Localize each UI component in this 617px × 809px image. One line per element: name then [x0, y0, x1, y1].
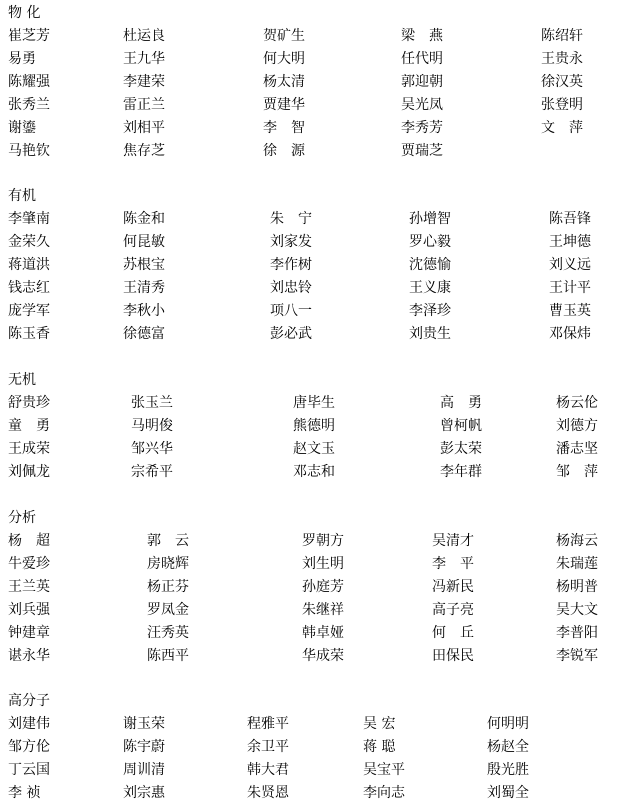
name-cell: 王成荣: [8, 440, 50, 458]
name-cell: 邹 萍: [556, 463, 598, 481]
name-cell: 谌永华: [8, 647, 50, 665]
name-cell: 钟建章: [8, 624, 50, 642]
name-row: 童 勇 马明俊 熊德明 曾柯帆 刘德方: [0, 417, 617, 435]
name-cell: 冯新民: [432, 578, 474, 596]
name-cell: 吴光凤: [401, 96, 443, 114]
section-title: 分析: [8, 509, 36, 527]
name-cell: 汪秀英: [147, 624, 189, 642]
name-cell: 庞学军: [8, 302, 50, 320]
name-cell: 程雅平: [247, 715, 289, 733]
name-cell: 李锐军: [556, 647, 598, 665]
name-cell: 刘忠铃: [270, 279, 312, 297]
name-cell: 宗希平: [131, 463, 173, 481]
name-cell: 曾柯帆: [440, 417, 482, 435]
name-cell: 杨海云: [556, 532, 598, 550]
name-row: 舒贵珍 张玉兰 唐毕生 高 勇 杨云伦: [0, 394, 617, 412]
section-title: 物 化: [8, 4, 40, 22]
name-cell: 陈宇蔚: [123, 738, 165, 756]
name-cell: 钱志红: [8, 279, 50, 297]
name-cell: 高 勇: [440, 394, 482, 412]
name-cell: 徐德富: [123, 325, 165, 343]
name-cell: 吴 宏: [363, 715, 395, 733]
name-cell: 杨赵全: [487, 738, 529, 756]
name-cell: 李秋小: [123, 302, 165, 320]
name-cell: 谢玉荣: [123, 715, 165, 733]
name-cell: 易勇: [8, 50, 36, 68]
name-row: 谌永华 陈西平 华成荣 田保民 李锐军: [0, 647, 617, 665]
name-cell: 陈金和: [123, 210, 165, 228]
name-cell: 马明俊: [131, 417, 173, 435]
name-cell: 蒋 聪: [363, 738, 395, 756]
name-cell: 沈德愉: [409, 256, 451, 274]
name-row: 钱志红 王清秀 刘忠铃 王义康 王计平: [0, 279, 617, 297]
name-cell: 田保民: [432, 647, 474, 665]
name-cell: 贾建华: [263, 96, 305, 114]
name-cell: 李向志: [363, 784, 405, 802]
name-cell: 刘宗惠: [123, 784, 165, 802]
name-cell: 蒋道洪: [8, 256, 50, 274]
name-row: 刘佩龙 宗希平 邓志和 李年群 邹 萍: [0, 463, 617, 481]
name-row: 陈耀强 李建荣 杨太清 郭迎朝 徐汉英: [0, 73, 617, 91]
name-cell: 张秀兰: [8, 96, 50, 114]
name-cell: 项八一: [270, 302, 312, 320]
name-cell: 何大明: [263, 50, 305, 68]
name-cell: 刘德方: [556, 417, 598, 435]
name-cell: 郭迎朝: [401, 73, 443, 91]
name-cell: 贾瑞芝: [401, 142, 443, 160]
name-cell: 郭 云: [147, 532, 189, 550]
name-cell: 余卫平: [247, 738, 289, 756]
name-cell: 刘相平: [123, 119, 165, 137]
name-row: 丁云国 周训清 韩大君 吴宝平 殷光胜: [0, 761, 617, 779]
name-cell: 刘蜀全: [487, 784, 529, 802]
name-cell: 朱贤恩: [247, 784, 289, 802]
name-cell: 吴大文: [556, 601, 598, 619]
name-cell: 李肇南: [8, 210, 50, 228]
name-cell: 邓志和: [293, 463, 335, 481]
name-cell: 刘佩龙: [8, 463, 50, 481]
name-row: 邹方伦 陈宇蔚 余卫平 蒋 聪 杨赵全: [0, 738, 617, 756]
name-cell: 王贵永: [541, 50, 583, 68]
name-cell: 房晓辉: [147, 555, 189, 573]
name-cell: 舒贵珍: [8, 394, 50, 412]
name-cell: 刘贵生: [409, 325, 451, 343]
name-row: 李 祯 刘宗惠 朱贤恩 李向志 刘蜀全: [0, 784, 617, 802]
name-row: 崔芝芳 杜运良 贺矿生 梁 燕 陈绍轩: [0, 27, 617, 45]
name-cell: 文 萍: [541, 119, 583, 137]
name-cell: 李 智: [263, 119, 305, 137]
name-cell: 李建荣: [123, 73, 165, 91]
name-cell: 雷正兰: [123, 96, 165, 114]
name-cell: 杨太清: [263, 73, 305, 91]
name-cell: 曹玉英: [549, 302, 591, 320]
name-cell: 何昆敏: [123, 233, 165, 251]
name-row: 庞学军 李秋小 项八一 李泽珍 曹玉英: [0, 302, 617, 320]
name-cell: 彭太荣: [440, 440, 482, 458]
name-cell: 王兰英: [8, 578, 50, 596]
name-cell: 邹方伦: [8, 738, 50, 756]
name-cell: 童 勇: [8, 417, 50, 435]
name-cell: 彭必武: [270, 325, 312, 343]
name-cell: 吴清才: [432, 532, 474, 550]
name-cell: 金荣久: [8, 233, 50, 251]
name-row: 王兰英 杨正芬 孙庭芳 冯新民 杨明普: [0, 578, 617, 596]
name-cell: 吴宝平: [363, 761, 405, 779]
name-cell: 何 丘: [432, 624, 474, 642]
name-cell: 杨 超: [8, 532, 50, 550]
name-cell: 徐汉英: [541, 73, 583, 91]
name-row: 杨 超 郭 云 罗朝方 吴清才 杨海云: [0, 532, 617, 550]
name-cell: 谢鎏: [8, 119, 36, 137]
name-cell: 杜运良: [123, 27, 165, 45]
name-cell: 朱瑞莲: [556, 555, 598, 573]
name-row: 王成荣 邹兴华 赵文玉 彭太荣 潘志坚: [0, 440, 617, 458]
name-cell: 孙增智: [409, 210, 451, 228]
name-row: 蒋道洪 苏根宝 李作树 沈德愉 刘义远: [0, 256, 617, 274]
name-cell: 张登明: [541, 96, 583, 114]
name-cell: 王计平: [549, 279, 591, 297]
name-cell: 刘家发: [270, 233, 312, 251]
name-cell: 邓保炜: [549, 325, 591, 343]
name-cell: 梁 燕: [401, 27, 443, 45]
name-cell: 焦存芝: [123, 142, 165, 160]
name-cell: 刘建伟: [8, 715, 50, 733]
section-title: 高分子: [8, 692, 50, 710]
section-title: 有机: [8, 187, 36, 205]
name-cell: 熊德明: [293, 417, 335, 435]
name-cell: 罗凤金: [147, 601, 189, 619]
name-cell: 李 平: [432, 555, 474, 573]
name-row: 马艳钦 焦存芝 徐 源 贾瑞芝: [0, 142, 617, 160]
name-cell: 赵文玉: [293, 440, 335, 458]
name-row: 钟建章 汪秀英 韩卓娅 何 丘 李普阳: [0, 624, 617, 642]
name-cell: 贺矿生: [263, 27, 305, 45]
name-cell: 陈玉香: [8, 325, 50, 343]
name-cell: 杨明普: [556, 578, 598, 596]
name-row: 牛爱珍 房晓辉 刘生明 李 平 朱瑞莲: [0, 555, 617, 573]
name-row: 刘兵强 罗凤金 朱继祥 高子亮 吴大文: [0, 601, 617, 619]
name-cell: 何明明: [487, 715, 529, 733]
name-cell: 李作树: [270, 256, 312, 274]
name-row: 李肇南 陈金和 朱 宁 孙增智 陈吾锋: [0, 210, 617, 228]
name-cell: 罗心毅: [409, 233, 451, 251]
name-cell: 徐 源: [263, 142, 305, 160]
name-row: 谢鎏 刘相平 李 智 李秀芳 文 萍: [0, 119, 617, 137]
name-cell: 唐毕生: [293, 394, 335, 412]
name-cell: 朱 宁: [270, 210, 312, 228]
name-cell: 王义康: [409, 279, 451, 297]
name-cell: 潘志坚: [556, 440, 598, 458]
name-cell: 李泽珍: [409, 302, 451, 320]
name-cell: 邹兴华: [131, 440, 173, 458]
name-cell: 崔芝芳: [8, 27, 50, 45]
name-cell: 陈耀强: [8, 73, 50, 91]
name-cell: 丁云国: [8, 761, 50, 779]
name-cell: 李年群: [440, 463, 482, 481]
name-cell: 杨正芬: [147, 578, 189, 596]
name-cell: 王坤德: [549, 233, 591, 251]
name-cell: 陈吾锋: [549, 210, 591, 228]
name-cell: 苏根宝: [123, 256, 165, 274]
name-cell: 孙庭芳: [302, 578, 344, 596]
name-cell: 李 祯: [8, 784, 40, 802]
name-cell: 王清秀: [123, 279, 165, 297]
name-row: 易勇 王九华 何大明 任代明 王贵永: [0, 50, 617, 68]
name-cell: 张玉兰: [131, 394, 173, 412]
name-cell: 刘生明: [302, 555, 344, 573]
name-cell: 刘兵强: [8, 601, 50, 619]
name-cell: 李普阳: [556, 624, 598, 642]
name-cell: 殷光胜: [487, 761, 529, 779]
name-row: 陈玉香 徐德富 彭必武 刘贵生 邓保炜: [0, 325, 617, 343]
name-row: 张秀兰 雷正兰 贾建华 吴光凤 张登明: [0, 96, 617, 114]
name-cell: 杨云伦: [556, 394, 598, 412]
name-cell: 陈西平: [147, 647, 189, 665]
name-row: 金荣久 何昆敏 刘家发 罗心毅 王坤德: [0, 233, 617, 251]
name-row: 刘建伟 谢玉荣 程雅平 吴 宏 何明明: [0, 715, 617, 733]
name-cell: 牛爱珍: [8, 555, 50, 573]
name-cell: 高子亮: [432, 601, 474, 619]
name-cell: 华成荣: [302, 647, 344, 665]
name-cell: 周训清: [123, 761, 165, 779]
name-cell: 罗朝方: [302, 532, 344, 550]
section-title: 无机: [8, 371, 36, 389]
name-cell: 刘义远: [549, 256, 591, 274]
name-cell: 马艳钦: [8, 142, 50, 160]
name-cell: 韩大君: [247, 761, 289, 779]
name-cell: 朱继祥: [302, 601, 344, 619]
name-cell: 陈绍轩: [541, 27, 583, 45]
name-cell: 任代明: [401, 50, 443, 68]
name-cell: 李秀芳: [401, 119, 443, 137]
name-cell: 韩卓娅: [302, 624, 344, 642]
name-cell: 王九华: [123, 50, 165, 68]
